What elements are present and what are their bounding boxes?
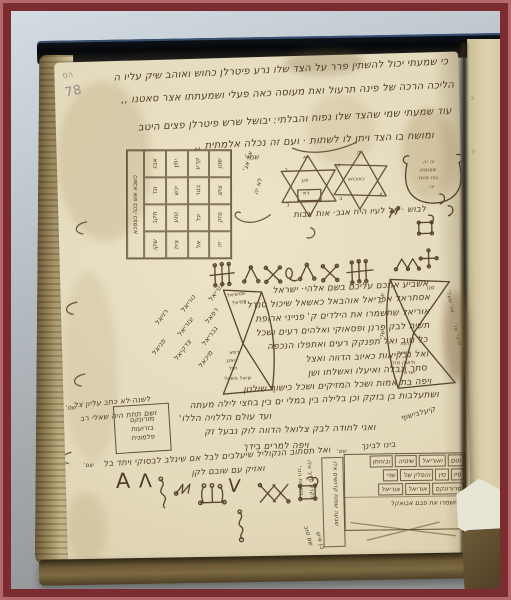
- bottom-text-mark: שם': [83, 462, 94, 469]
- grid-cell: נגד: [144, 177, 166, 204]
- grid-cell: פזק: [209, 204, 231, 231]
- grid-cell: צית: [166, 231, 188, 258]
- hexagram-letter: צ: [379, 192, 383, 198]
- name-cell: שיטיה: [395, 455, 417, 467]
- margin-angel-name: פניאל: [150, 337, 167, 357]
- hourglass-text: הנה: [400, 341, 409, 347]
- hexagram-letter: כ: [337, 163, 340, 169]
- margin-angel-name: רפאל: [203, 306, 220, 325]
- main-text-line: ואני לחודה לבק צלואל הדווה לוק נבעל זק: [204, 423, 375, 438]
- letter-grid-table: כשבא אש בכה כצפכא אבג יתץ קרע שטן נגד יכ…: [126, 149, 232, 259]
- opposite-page-mark: כ·: [470, 95, 475, 102]
- opposite-page-mark: ·: [470, 319, 472, 326]
- hourglass-text: האנן: [226, 358, 237, 364]
- hourglass-text: שמשיאל: [226, 291, 246, 299]
- hourglass-text: ושל: [229, 366, 238, 372]
- grid-cell: יה: [209, 231, 231, 258]
- hourglass-text: סנו: [426, 285, 434, 291]
- big-sigil-letter: V: [227, 475, 241, 497]
- horseshoe-text: יה יה: [423, 159, 435, 165]
- name-cell: והפלין של: [400, 469, 433, 481]
- margin-angel-name: רזיאל: [153, 308, 170, 327]
- grid-cell: בטר: [188, 177, 210, 204]
- grid-cell: שטן: [209, 150, 231, 177]
- margin-angel-name: נוריאל: [179, 293, 197, 314]
- gutter-stain: [443, 291, 469, 381]
- margin-angel-name: אוריאל: [207, 281, 226, 303]
- grid-cell: יגל: [188, 204, 210, 231]
- main-text-line: ושתעלבות בן בזקק וכן בלילה בין במלי ים ב…: [190, 390, 440, 411]
- margin-angel-name: עזריאל: [176, 316, 196, 339]
- header-line: כי שמעתי יכול להשתין פרר על הצד שלו נרע …: [113, 56, 448, 83]
- grid-cell: צתג: [209, 177, 231, 204]
- bottom-table-title: בינו לבינך: [361, 440, 396, 451]
- amulet-name: בזרועות: [131, 424, 154, 433]
- amulet-name: פלמונית: [131, 433, 155, 442]
- hexagram-letter: ה: [357, 150, 361, 156]
- header-line: הליכה הרכה של פינה תרעול ואת מעוסה כאה פ…: [121, 80, 454, 106]
- hexagram-letter: א: [303, 155, 307, 161]
- name-cell: אוריאל: [405, 483, 430, 495]
- name-cell: אוריאל: [378, 483, 403, 495]
- grid-cell: קרע: [187, 150, 209, 177]
- name-cell: ואוריאל: [419, 455, 446, 467]
- grid-cell: יכש: [166, 177, 188, 204]
- hourglass-text: ישראל·: [399, 370, 416, 376]
- hexagram-center-word: דוד: [302, 191, 310, 197]
- grid-cell: אבג: [144, 150, 166, 177]
- table-side-note: נקרא עליך אלו: [305, 460, 315, 498]
- grid-cell: שקו: [144, 231, 166, 258]
- horseshoe-text: נוח מיחד: [417, 175, 438, 182]
- page-stain: [305, 94, 377, 166]
- hexagram-letter: כ: [284, 167, 287, 173]
- hexagram-center-word: כאוכתא: [347, 177, 364, 182]
- folio-mark: הס: [62, 70, 74, 80]
- back-cover-corner: [461, 528, 500, 589]
- name-cell: ובזחתן: [369, 455, 393, 467]
- hexagram-letter: ב: [339, 196, 343, 202]
- hourglass-text: רפא: [229, 350, 239, 356]
- note-near-table-vertical: לא יה: [252, 177, 264, 195]
- page-stain: [60, 271, 120, 462]
- horseshoe-text: יה·: [428, 184, 435, 190]
- margin-angel-name: גבריאל: [200, 325, 220, 348]
- hourglass-text: לנועק: [396, 350, 410, 356]
- margin-angel-name: צדקיאל: [172, 338, 193, 362]
- name-table: וטם ואוריאל שיטיה ובזחתן סיו סין והפלין …: [344, 452, 467, 531]
- name-cell: שדי: [383, 469, 399, 481]
- grid-table-side-cell: כשבא אש בכה כצפכא: [127, 150, 144, 258]
- hourglass-text: שיאל פשאל: [224, 375, 251, 382]
- hexagram-letter: ב: [286, 202, 290, 208]
- big-sigil-letter: Λ: [138, 470, 152, 492]
- horseshoe-text: שצומיה: [419, 167, 436, 173]
- hourglass-text: ולמנין מזר: [392, 360, 416, 367]
- grid-cell: טנע: [166, 204, 188, 231]
- name-cell: סין: [435, 468, 448, 480]
- caption-under-stars: לבוש · אל לעיו היח אגב· אות אבות: [293, 204, 426, 220]
- table-side-note: השמות הנז': [295, 466, 304, 496]
- slanted-margin-note: קיעלבישוף: [399, 404, 436, 422]
- margin-angel-name: מיכאל: [197, 349, 215, 370]
- page-stain: [66, 491, 108, 562]
- manuscript-page: הס 78 כי שמעתי יכול להשתין פרר על הצד של…: [54, 51, 472, 564]
- hexagram-center-word: און: [301, 178, 308, 184]
- big-sigil-letter: A: [115, 469, 130, 493]
- main-text-line: ועד עולם הללויה הללו': [179, 412, 272, 425]
- amulet-name: מזרונקס: [129, 415, 154, 425]
- grid-cell: יתץ: [166, 150, 188, 177]
- amulet-name-box: מזרונקס בזרועות פלמונית: [113, 403, 172, 454]
- grid-cell: אל: [188, 231, 210, 258]
- opposite-page-mark: ל·: [471, 149, 477, 156]
- grid-cell: חקב: [144, 204, 166, 231]
- name-table-empty-row: [345, 508, 465, 530]
- book-photo: הס 78 כי שמעתי יכול להשתין פרר על הצד של…: [11, 11, 500, 589]
